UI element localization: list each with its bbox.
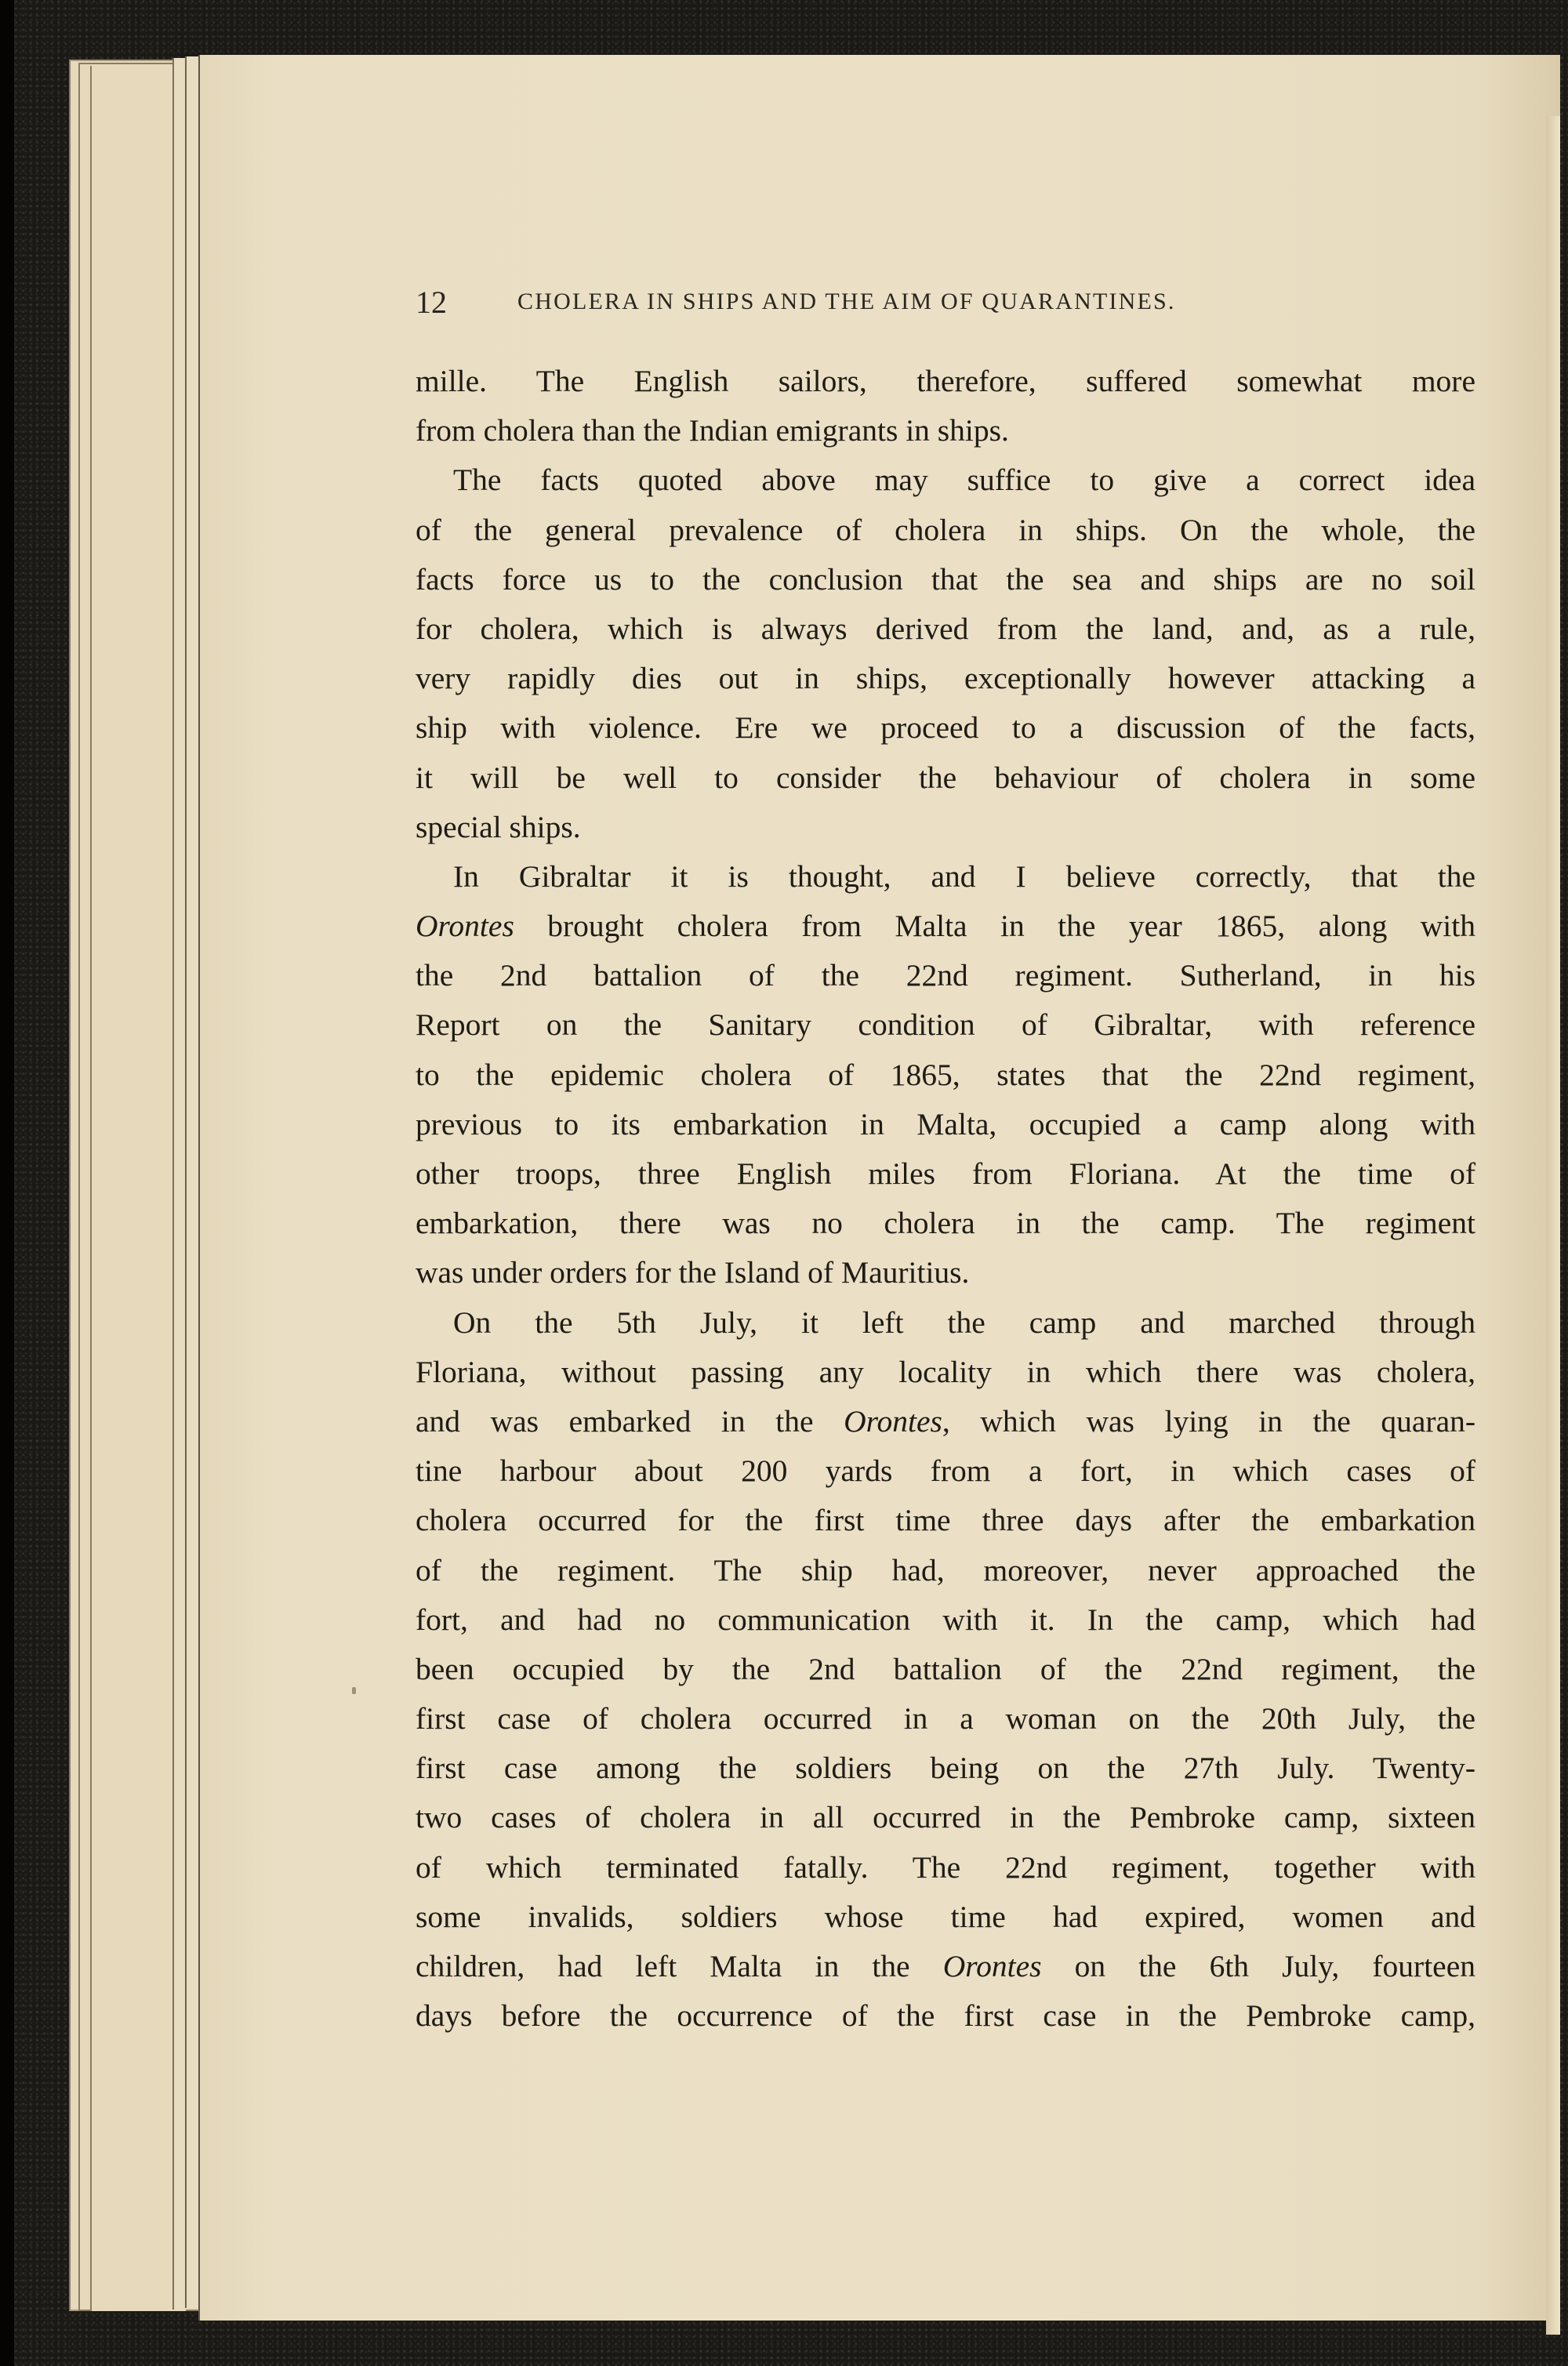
running-title: CHOLERA IN SHIPS AND THE AIM OF QUARANTI… — [517, 288, 1176, 315]
text-line: facts force us to the conclusion that th… — [416, 555, 1475, 604]
text-line: been occupied by the 2nd battalion of th… — [416, 1645, 1475, 1694]
text-line: of the general prevalence of cholera in … — [416, 506, 1475, 555]
page-number: 12 — [416, 284, 447, 321]
text-line: and was embarked in the Orontes, which w… — [416, 1397, 1475, 1446]
text-line: On the 5th July, it left the camp and ma… — [416, 1298, 1475, 1348]
text-line: of the regiment. The ship had, moreover,… — [416, 1546, 1475, 1595]
ship-name: Orontes — [844, 1404, 942, 1439]
text-line: children, had left Malta in the Orontes … — [416, 1942, 1475, 1991]
text-line: days before the occurrence of the first … — [416, 1991, 1475, 2041]
text-line: tine harbour about 200 yards from a fort… — [416, 1446, 1475, 1496]
page-edge-stack — [90, 66, 186, 2311]
ship-name: Orontes — [416, 909, 514, 943]
text-line: very rapidly dies out in ships, exceptio… — [416, 654, 1475, 703]
text-line: The facts quoted above may suffice to gi… — [416, 455, 1475, 505]
text-line: of which terminated fatally. The 22nd re… — [416, 1843, 1475, 1892]
text-line: special ships. — [416, 803, 1475, 852]
text-line: other troops, three English miles from F… — [416, 1149, 1475, 1199]
page-fold-edge — [1546, 116, 1560, 2335]
ship-name: Orontes — [943, 1949, 1042, 1983]
text-line: previous to its embarkation in Malta, oc… — [416, 1100, 1475, 1149]
text-line: embarkation, there was no cholera in the… — [416, 1199, 1475, 1248]
text-line: cholera occurred for the first time thre… — [416, 1496, 1475, 1545]
text-line: mille. The English sailors, therefore, s… — [416, 357, 1475, 406]
text-line: Floriana, without passing any locality i… — [416, 1348, 1475, 1397]
body-text: mille. The English sailors, therefore, s… — [416, 357, 1475, 2041]
text-line: first case of cholera occurred in a woma… — [416, 1694, 1475, 1744]
running-header: 12 CHOLERA IN SHIPS AND THE AIM OF QUARA… — [416, 284, 1474, 323]
text-line: it will be well to consider the behaviou… — [416, 753, 1475, 803]
text-line: Report on the Sanitary condition of Gibr… — [416, 1000, 1475, 1050]
text-line: fort, and had no communication with it. … — [416, 1595, 1475, 1645]
text-line: first case among the soldiers being on t… — [416, 1744, 1475, 1793]
text-line: some invalids, soldiers whose time had e… — [416, 1892, 1475, 1942]
text-line: was under orders for the Island of Mauri… — [416, 1248, 1475, 1297]
text-line: In Gibraltar it is thought, and I believ… — [416, 852, 1475, 902]
text-line: the 2nd battalion of the 22nd regiment. … — [416, 951, 1475, 1000]
text-line: two cases of cholera in all occurred in … — [416, 1793, 1475, 1842]
text-line: ship with violence. Ere we proceed to a … — [416, 703, 1475, 753]
binding-shadow — [0, 0, 14, 2366]
text-line: for cholera, which is always derived fro… — [416, 604, 1475, 654]
text-line: from cholera than the Indian emigrants i… — [416, 406, 1475, 455]
text-line: Orontes brought cholera from Malta in th… — [416, 902, 1475, 951]
text-line: to the epidemic cholera of 1865, states … — [416, 1051, 1475, 1100]
ink-speck — [352, 1687, 356, 1694]
